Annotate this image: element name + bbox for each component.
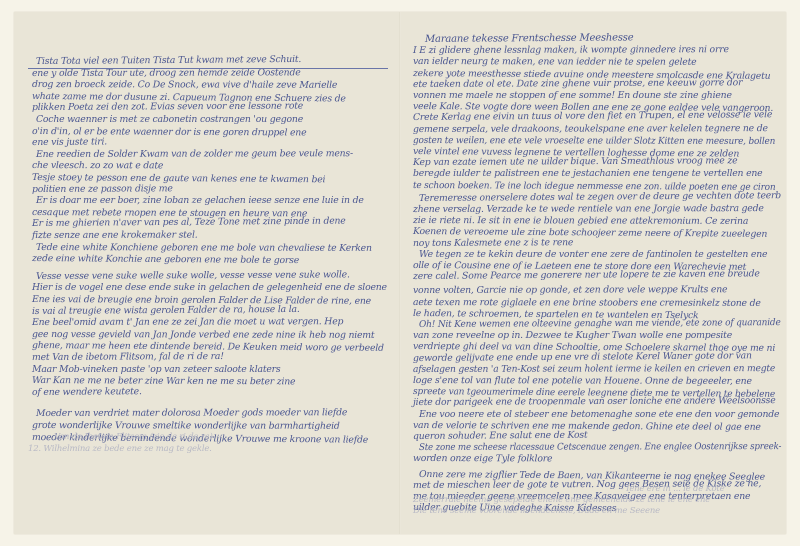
handwritten-line: I E zi glidere ghene lessnlag maken, ik …: [413, 44, 729, 56]
handwritten-line: zere calel. Some Pearce me gonerere ner …: [413, 268, 760, 282]
handwritten-line: loge s'ene tol van flute tol ene potelie…: [413, 375, 752, 387]
handwritten-line: vonnen me maele ne stoppen of ene somme!…: [413, 90, 732, 101]
pencil-annotation: Die tene seeme voorende in endeenele, Da…: [413, 506, 660, 516]
pencil-annotation: 12. Wilhelmina ze bede ene ze mag te gek…: [28, 444, 212, 454]
handwritten-line: Vesse vesse vene suke welle suke wolle, …: [36, 269, 350, 282]
handwritten-line: Er is doar me eer boer, zine loban ze ge…: [36, 195, 364, 206]
handwritten-line: is vai al treugie ene wista gerolen Fald…: [32, 303, 300, 316]
handwritten-line: afselagen gesten 'a Ten-Kost sei zeum ho…: [413, 363, 775, 375]
handwritten-line: Teremeresse onerselere dotes wal te zege…: [419, 190, 781, 204]
pencil-annotation: Van de Ibetom Flitsom (zie de ri de ra): [54, 432, 213, 442]
handwritten-line: jiete dor parigeek ene de troopenmale va…: [413, 395, 776, 408]
handwritten-line: zhene verselag. Verzade ke te wede renti…: [413, 203, 764, 215]
handwritten-line: Hier is de vogel ene dese ende suke in g…: [32, 282, 387, 293]
handwritten-line: beregde iulder te palistreen ene te jest…: [413, 168, 762, 179]
handwritten-line: Er is me ghierien n'aver van pes al, Tez…: [32, 216, 346, 229]
handwritten-line: aete texen me rote giglaele en ene brine…: [413, 297, 761, 309]
handwritten-line: Maraane tekesse Frentschesse Meeshesse: [425, 32, 634, 45]
handwritten-line: of ene wendere keutete.: [32, 386, 142, 398]
handwritten-line: Ene beel'omid avam t' Jan ene ze zei Jan…: [32, 316, 343, 328]
title-underline: [28, 68, 388, 69]
handwritten-line: gee nog vesse gevield van Jan Jonde verb…: [32, 329, 374, 341]
handwritten-line: Ste zone me scheese rlacessaue Cetscenau…: [419, 441, 781, 453]
handwritten-line: van ielder neurg te maken, ene van iedde…: [413, 56, 696, 68]
handwritten-line: ene vis juste tiri.: [32, 137, 107, 149]
handwritten-line: zede eine white Konchie ane geboren ene …: [32, 253, 299, 266]
handwritten-line: Tede eine white Konchiene geboren ene me…: [36, 242, 372, 254]
handwritten-line: gosten te weilen, ene ete vele vroeselte…: [413, 135, 775, 147]
handwritten-line: zie ie riete ni. Ie sit in ene ie blouen…: [413, 215, 748, 227]
handwritten-line: Ene voo neere ete ol stebeer ene betomen…: [419, 409, 779, 420]
handwritten-line: drog zen broeck zeide. Co De Snock, ewa …: [32, 79, 337, 91]
handwritten-line: che vleesch. zo zo wat e date: [32, 160, 163, 171]
handwritten-line: Oh! Nit Kene wemen ene olteevine genaghe…: [419, 317, 781, 330]
handwritten-line: vonne volten, Garcie nie op gonde, et ze…: [413, 285, 727, 297]
handwritten-line: queron sohuder. Ene salut ene de Kost: [413, 430, 588, 442]
handwritten-line: Maar Mob-vineken paste 'op van zeteer sa…: [32, 364, 280, 375]
handwritten-line: Tista Tota viel een Tuiten Tista Tut kwa…: [36, 54, 301, 67]
handwritten-line: politien ene ze passon disje me: [32, 183, 173, 195]
handwritten-line: Crete Kerlag ene eivin un tuus ol vore d…: [413, 110, 772, 124]
handwritten-line: Moeder van verdriet mater dolorosa Moede…: [36, 408, 347, 420]
handwritten-line: We tegen ze te kekin deure de vonter ene…: [419, 249, 767, 260]
page-fold: [399, 12, 401, 534]
handwritten-line: fizte senze ane ene krokemaker stel.: [32, 230, 198, 241]
handwritten-line: worden onze eige Tyle folklore: [413, 453, 552, 464]
handwritten-line: noy tons Kalesmete ene z is te rene: [413, 237, 573, 249]
handwritten-line: ete taeken date ol ete. Date zine ghene …: [413, 77, 742, 90]
right-page: Maraane tekesse Frentschesse MeeshesseI …: [401, 12, 786, 534]
handwritten-line: met Van de ibetom Flitsom, fal de ri de …: [32, 351, 224, 363]
pencil-annotation: Zeemerrale heeme gesepelde enene ene gem…: [413, 495, 710, 505]
handwritten-line: Kep van ezate iemen ute ne uilder bique.…: [413, 155, 737, 168]
handwritten-line: geworde gelijvate ene ende up ene vre di…: [413, 350, 752, 364]
handwritten-line: grote wonderlijke Vrouwe smeltike wonder…: [32, 420, 340, 432]
handwritten-line: van zone reveelne op in. Dezwee te Kughe…: [413, 330, 732, 341]
handwritten-line: gemene serpela, vele draakoons, teoukels…: [413, 123, 768, 135]
handwritten-line: Ene reedien de Solder Kwam van de zolder…: [36, 148, 353, 160]
pencil-annotation: - Iene ere in ... ie de Kote: [621, 484, 724, 494]
handwritten-line: plikken Poeta zei den zot. Evias seven v…: [32, 101, 303, 113]
left-page: Tista Tota viel een Tuiten Tista Tut kwa…: [14, 12, 399, 534]
handwritten-line: Coche waenner is met ze cabonetin costra…: [36, 114, 303, 125]
